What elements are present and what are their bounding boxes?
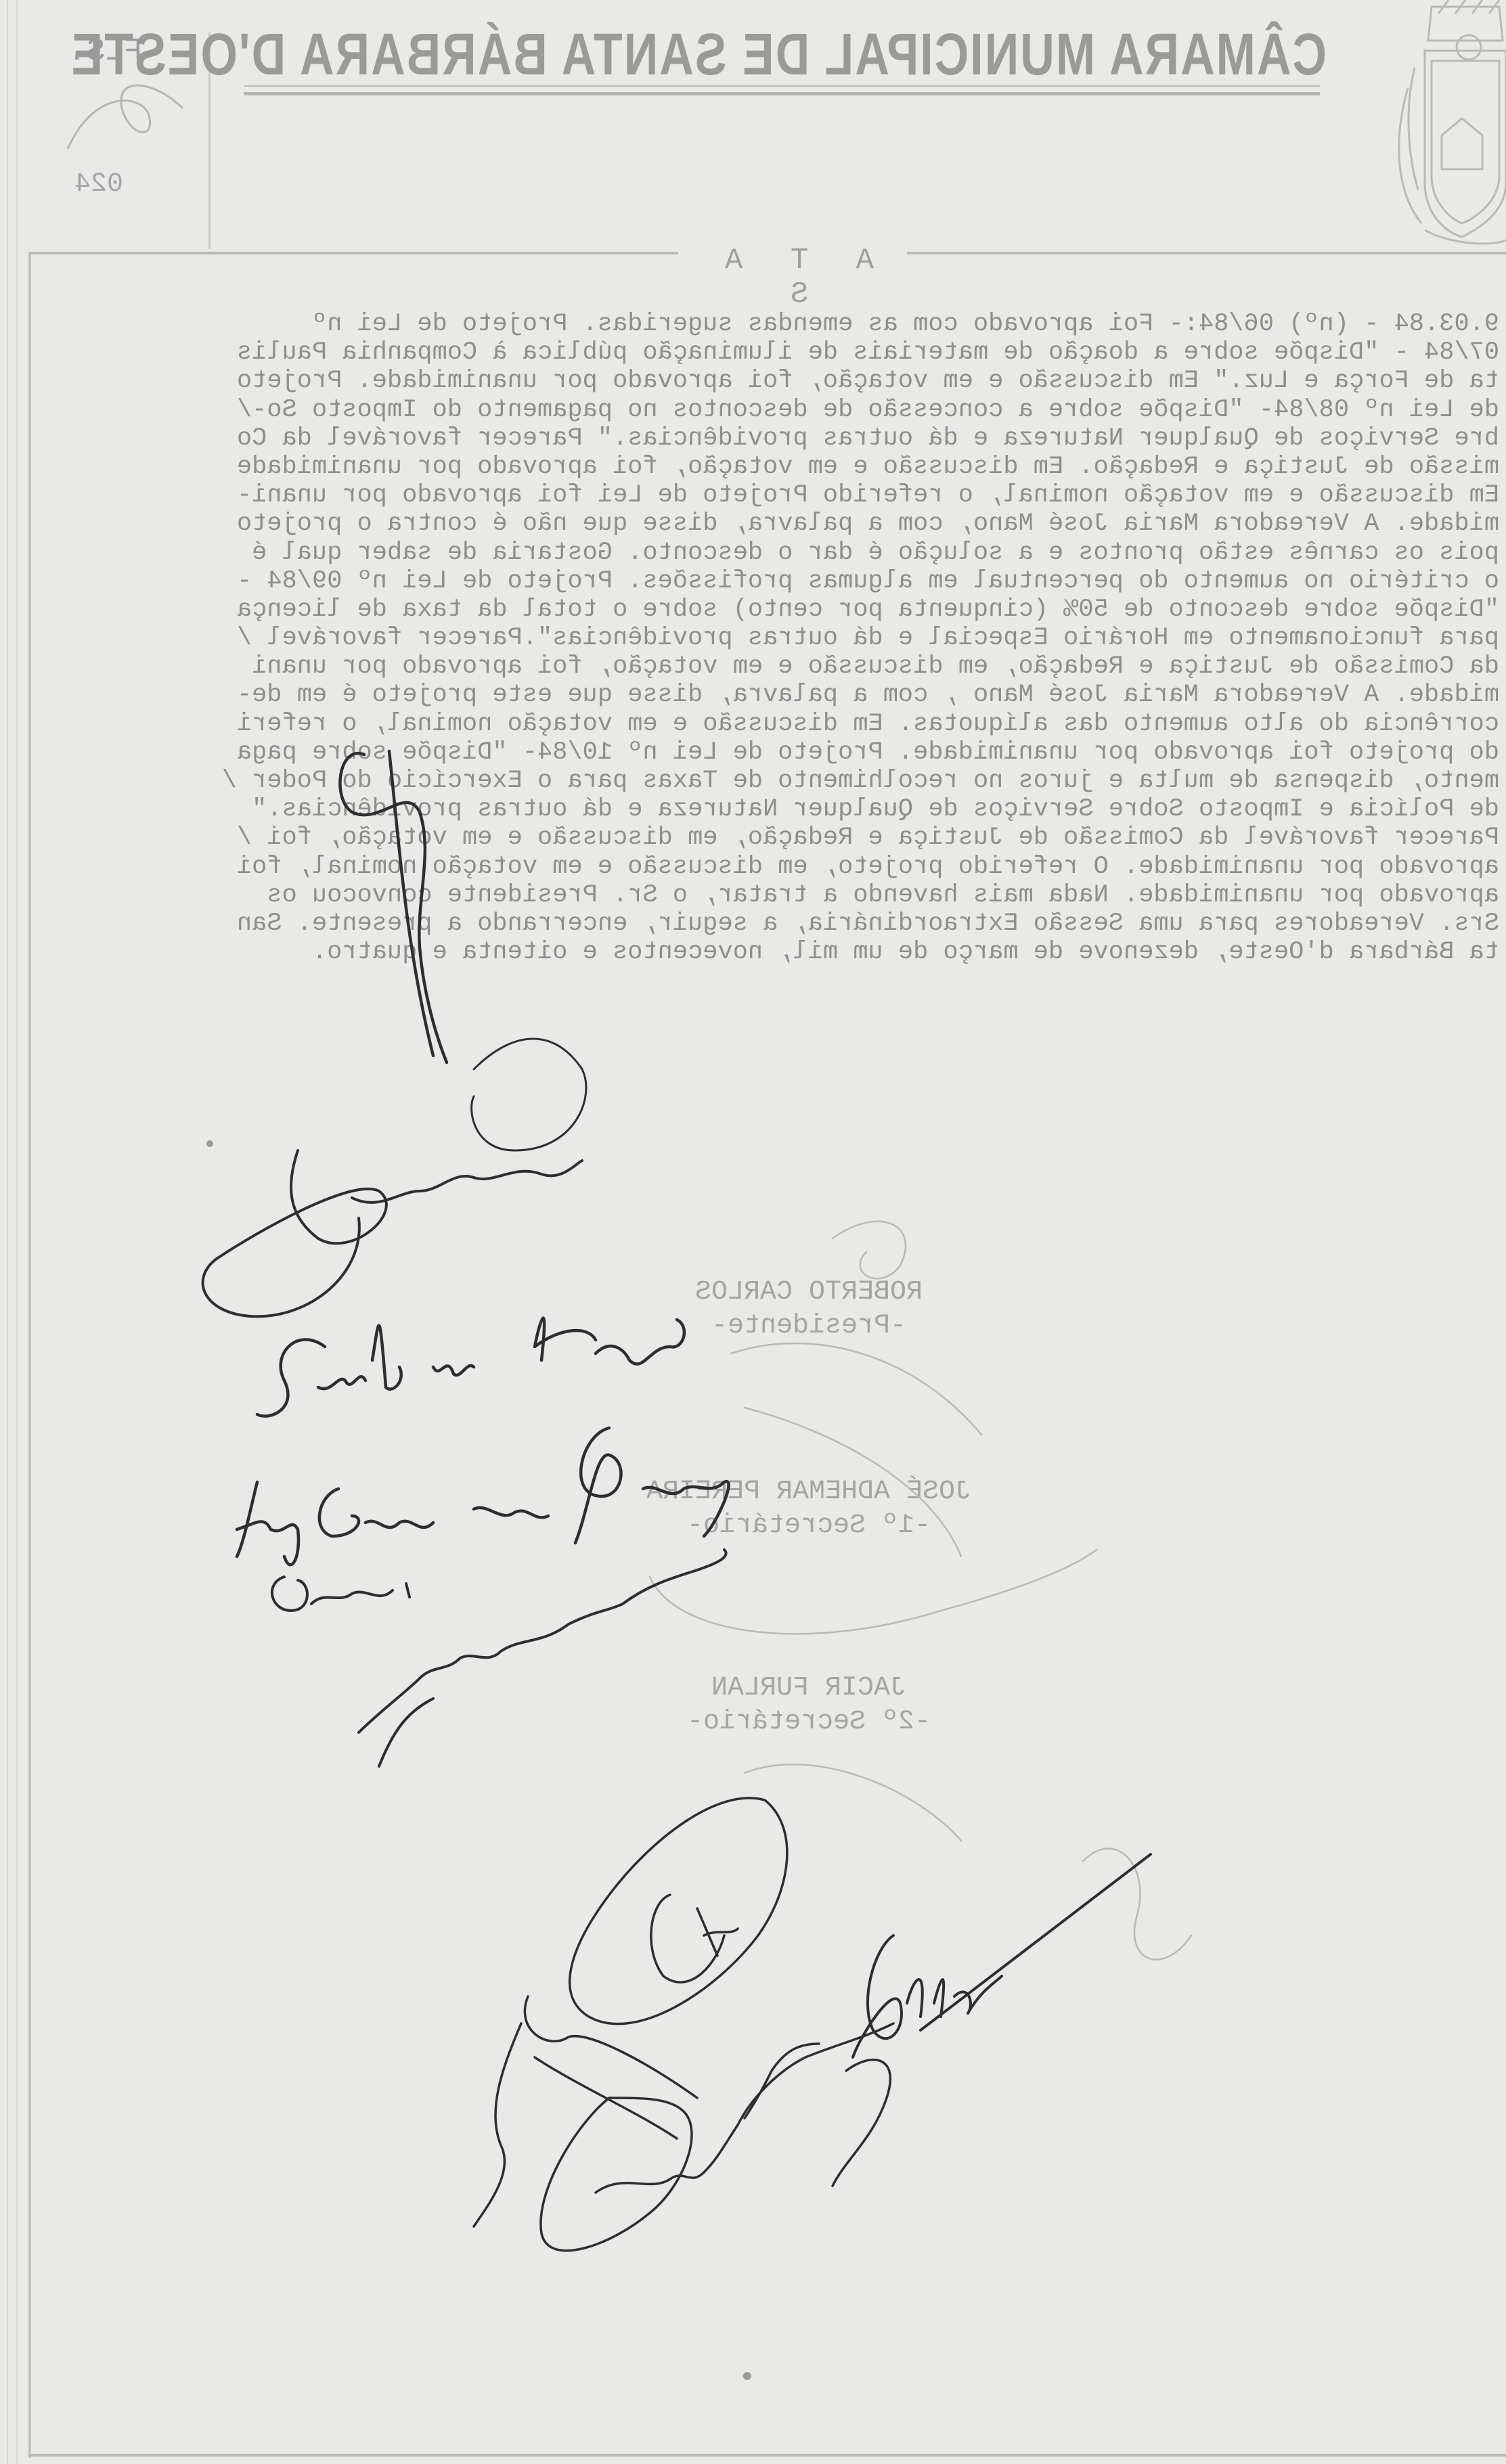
minutes-line: para funcionamento em Horário Especial e… — [64, 624, 1499, 652]
minutes-line: missão de Justiça e Redação. Em discussã… — [64, 453, 1499, 481]
minutes-line: Em discussão e em votação nominal, o ref… — [64, 481, 1499, 510]
signature-bottom — [541, 2023, 893, 2251]
minutes-line: 07/84 - "Dispõe sobre a doação de materi… — [64, 338, 1499, 367]
minutes-line: corrência do alto aumento das alíquotas.… — [64, 710, 1499, 738]
minutes-line: de Lei nº 08/84- "Dispõe sobre a concess… — [64, 396, 1499, 424]
minutes-line: ta de Força e Luz." Em discussão e em vo… — [64, 367, 1499, 395]
minutes-line: mento, dispensa de multa e juros no reco… — [64, 767, 1499, 795]
minutes-line: Srs. Vereadores para uma Sessão Extraord… — [64, 910, 1499, 938]
signatory-name: JOSÉ ADHEMAR PEREIRA — [633, 1475, 985, 1509]
signatory-first-secretary: JOSÉ ADHEMAR PEREIRA -1º Secretário- — [633, 1475, 985, 1543]
signature-dirceu-loop — [472, 1039, 586, 1150]
institution-heading: CÂMARA MUNICIPAL DE SANTA BÁRBARA D'OEST… — [244, 20, 1327, 88]
frame-bottom-rule — [28, 2454, 1506, 2457]
heading-rule — [244, 85, 1320, 87]
signature-saulo — [257, 1318, 684, 1416]
signature-bellan — [853, 1854, 1151, 2057]
ink-dot — [743, 2372, 751, 2380]
ink-dot — [206, 1140, 213, 1147]
frame-top-rule — [28, 252, 678, 254]
minutes-line: da Comissão de Justiça e Redação, em dis… — [64, 652, 1499, 681]
signature-dirceu — [203, 1150, 582, 1316]
signatory-name: ROBERTO CARLOS — [633, 1276, 985, 1309]
folio-number: 024 — [74, 169, 123, 200]
coat-of-arms-icon — [1367, 0, 1506, 250]
minutes-line: 9.03.84 - (nº) 06/84:- Foi aprovado com … — [64, 310, 1499, 338]
signatory-role: -Presidente- — [633, 1309, 985, 1343]
signature-circled — [570, 1798, 787, 2024]
signatory-name: JACIR FURLAN — [633, 1672, 985, 1705]
minutes-line: midade. A Vereadora Maria José Mano, com… — [64, 510, 1499, 538]
minutes-line: de Polícia e Imposto Sobre Serviços de Q… — [64, 795, 1499, 824]
minutes-line: ta Bárbara d'Oeste, dezenove de março de… — [64, 938, 1499, 966]
minutes-line: midade. A Vereadora Maria José Mano , co… — [64, 681, 1499, 709]
signatory-role: -2º Secretário- — [633, 1705, 985, 1739]
minutes-line: aprovado por unanimidade. Nada mais have… — [64, 881, 1499, 910]
frame-top-rule-right — [907, 252, 1506, 254]
minutes-line: bre Serviços de Qualquer Natureza e dá o… — [64, 424, 1499, 453]
section-title: A T A S — [690, 244, 893, 311]
signatory-second-secretary: JACIR FURLAN -2º Secretário- — [633, 1672, 985, 1739]
minutes-line: Parecer favorável da Comissão de Justiça… — [64, 824, 1499, 852]
minutes-line: do projeto foi aprovado por unanimidade.… — [64, 738, 1499, 767]
signatory-president: ROBERTO CARLOS -Presidente- — [633, 1276, 985, 1343]
signature-osm — [272, 1577, 409, 1611]
minutes-line: aprovado por unanimidade. O referido pro… — [64, 853, 1499, 881]
minutes-line: "Dispõe sobre desconto de 50% (cinquenta… — [64, 596, 1499, 624]
minutes-body: 9.03.84 - (nº) 06/84:- Foi aprovado com … — [64, 310, 1499, 966]
heading-rule-thick — [244, 92, 1320, 95]
minutes-line: o critério no aumento do percentual em a… — [64, 567, 1499, 596]
frame-left-rule — [28, 252, 31, 2458]
signature-diagonal — [474, 1996, 697, 2226]
minutes-line: pois os carnês estão prontos e a solução… — [64, 539, 1499, 567]
signatory-role: -1º Secretário- — [633, 1509, 985, 1543]
page-edge — [7, 0, 18, 2464]
